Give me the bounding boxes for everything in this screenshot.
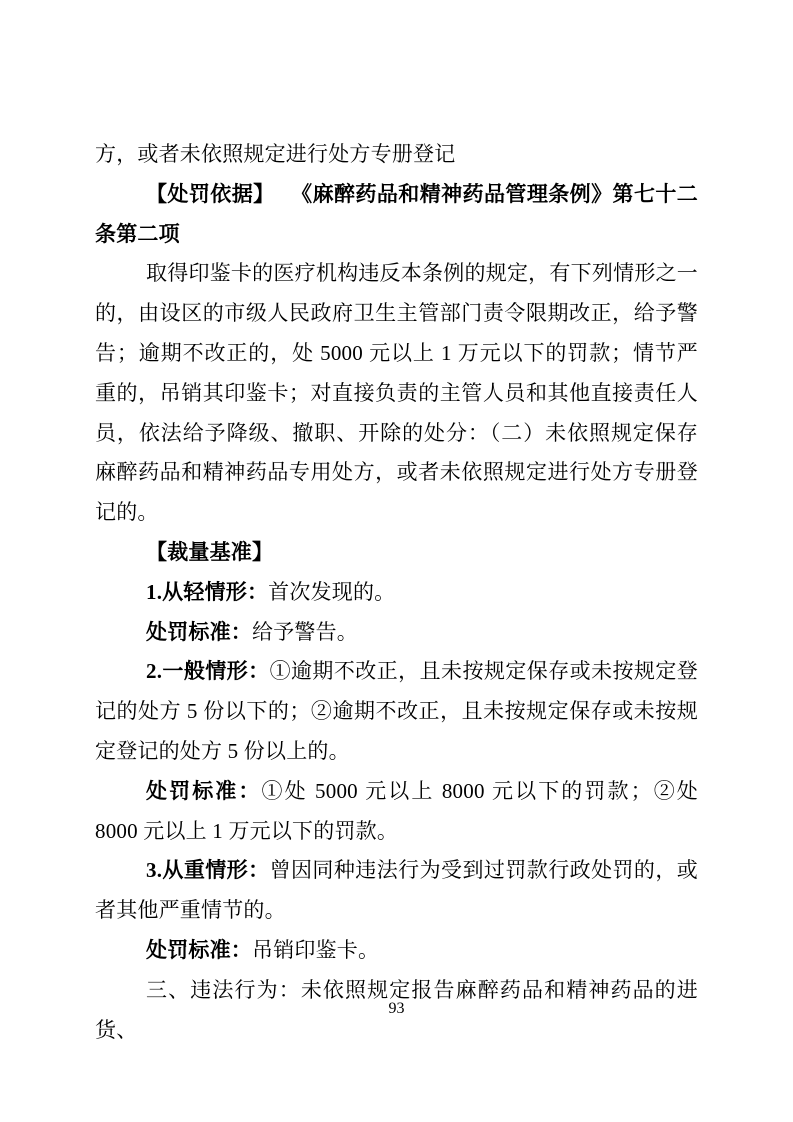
text-run: 方，或者未依照规定进行处方专册登记 [95, 142, 455, 166]
text-run: 首次发现的。 [268, 580, 395, 604]
text-run-bold: 【处罚依据】 《麻醉药品和精神药品管理条例》第七十二条第二项 [95, 182, 698, 246]
document-page: 方，或者未依照规定进行处方专册登记【处罚依据】 《麻醉药品和精神药品管理条例》第… [0, 0, 793, 1122]
text-run: 取得印鉴卡的医疗机构违反本条例的规定，有下列情形之一的，由设区的市级人民政府卫生… [95, 261, 698, 524]
text-run: 给予警告。 [252, 620, 358, 644]
text-run-bold: 处罚标准： [146, 938, 252, 962]
paragraph: 【裁量基准】 [95, 533, 698, 573]
paragraph: 【处罚依据】 《麻醉药品和精神药品管理条例》第七十二条第二项 [95, 175, 698, 255]
text-run: 吊销印鉴卡。 [252, 938, 379, 962]
page-number: 93 [389, 1000, 405, 1017]
text-run-bold: 2.一般情形： [146, 659, 270, 683]
paragraph: 3.从重情形：曾因同种违法行为受到过罚款行政处罚的，或者其他严重情节的。 [95, 851, 698, 931]
paragraph: 处罚标准：吊销印鉴卡。 [95, 931, 698, 971]
paragraph: 处罚标准：①处 5000 元以上 8000 元以下的罚款；②处 8000 元以上… [95, 772, 698, 852]
paragraph: 处罚标准：给予警告。 [95, 613, 698, 653]
text-run-bold: 处罚标准： [146, 620, 252, 644]
paragraph: 方，或者未依照规定进行处方专册登记 [95, 135, 698, 175]
text-run-bold: 【裁量基准】 [146, 540, 273, 564]
text-run-bold: 处罚标准： [146, 779, 262, 803]
document-body: 方，或者未依照规定进行处方专册登记【处罚依据】 《麻醉药品和精神药品管理条例》第… [95, 135, 698, 1050]
text-run-bold: 1.从轻情形： [146, 580, 268, 604]
paragraph: 1.从轻情形：首次发现的。 [95, 573, 698, 613]
paragraph: 2.一般情形：①逾期不改正，且未按规定保存或未按规定登记的处方 5 份以下的；②… [95, 652, 698, 771]
paragraph: 取得印鉴卡的医疗机构违反本条例的规定，有下列情形之一的，由设区的市级人民政府卫生… [95, 254, 698, 533]
text-run-bold: 3.从重情形： [146, 858, 270, 882]
page-footer: 93 [95, 999, 698, 1019]
